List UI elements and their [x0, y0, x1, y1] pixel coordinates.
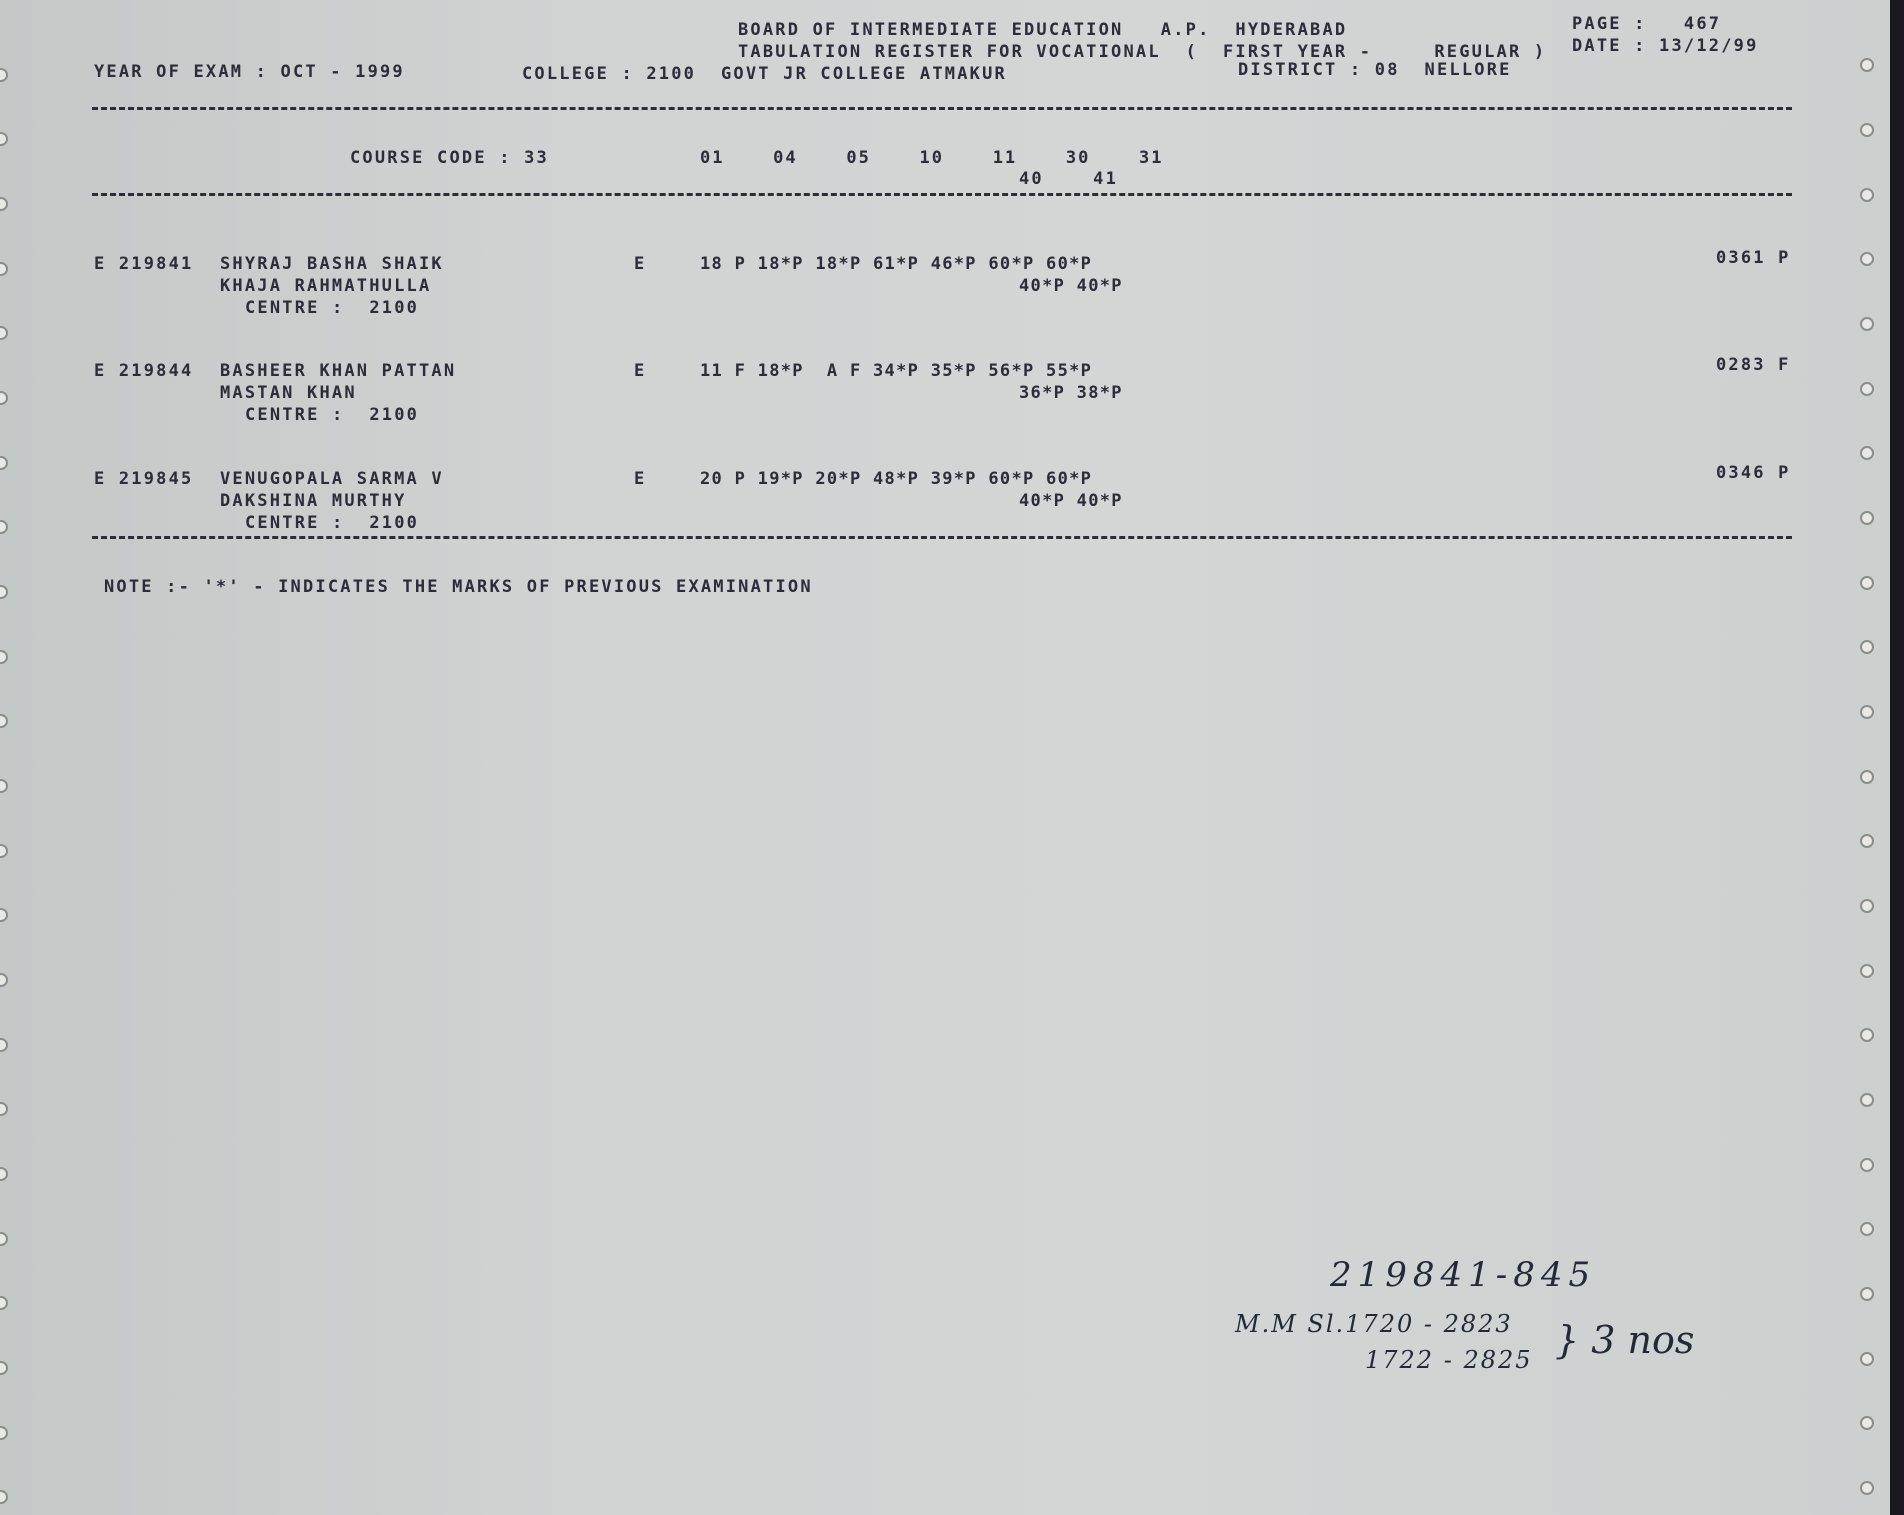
- page-number: PAGE : 467: [1572, 14, 1721, 34]
- year-of-exam: YEAR OF EXAM : OCT - 1999: [94, 62, 405, 82]
- board-title: BOARD OF INTERMEDIATE EDUCATION A.P. HYD…: [738, 20, 1347, 40]
- total-result: 0346 P: [1716, 463, 1791, 483]
- handwritten-range: 219841-845: [1330, 1255, 1596, 1295]
- college-info: COLLEGE : 2100 GOVT JR COLLEGE ATMAKUR: [522, 64, 1007, 84]
- hall-ticket-number: E 219841: [94, 254, 193, 274]
- parent-name: MASTAN KHAN: [220, 383, 357, 403]
- subject-codes-row1: 01 04 05 10 11 30 31: [700, 148, 1164, 168]
- handwritten-note-1: M.M Sl.1720 - 2823: [1235, 1310, 1513, 1338]
- marks-row2: 40*P 40*P: [1019, 491, 1123, 511]
- total-result: 0361 P: [1716, 248, 1791, 268]
- handwritten-note-2: 1722 - 2825: [1365, 1346, 1533, 1374]
- footnote: NOTE :- '*' - INDICATES THE MARKS OF PRE…: [104, 577, 813, 597]
- parent-name: KHAJA RAHMATHULLA: [220, 276, 431, 296]
- marks-row2: 40*P 40*P: [1019, 276, 1123, 296]
- handwritten-brace-note: } 3 nos: [1555, 1318, 1694, 1362]
- course-code: COURSE CODE : 33: [350, 148, 549, 168]
- parent-name: DAKSHINA MURTHY: [220, 491, 407, 511]
- marks-row2: 36*P 38*P: [1019, 383, 1123, 403]
- centre: CENTRE : 2100: [245, 513, 419, 533]
- divider-bottom: [92, 536, 1792, 539]
- centre: CENTRE : 2100: [245, 405, 419, 425]
- medium: E: [634, 469, 646, 489]
- background-edge: [1890, 0, 1904, 1515]
- marks-row1: 20 P 19*P 20*P 48*P 39*P 60*P 60*P: [700, 469, 1092, 489]
- divider-header: [92, 193, 1792, 196]
- total-result: 0283 F: [1716, 355, 1791, 375]
- hall-ticket-number: E 219844: [94, 361, 193, 381]
- student-name: BASHEER KHAN PATTAN: [220, 361, 456, 381]
- divider-top: [92, 107, 1792, 110]
- medium: E: [634, 254, 646, 274]
- medium: E: [634, 361, 646, 381]
- centre: CENTRE : 2100: [245, 298, 419, 318]
- student-name: VENUGOPALA SARMA V: [220, 469, 444, 489]
- marks-row1: 18 P 18*P 18*P 61*P 46*P 60*P 60*P: [700, 254, 1092, 274]
- hall-ticket-number: E 219845: [94, 469, 193, 489]
- subject-codes-row2: 40 41: [1019, 169, 1118, 189]
- district-info: DISTRICT : 08 NELLORE: [1238, 60, 1512, 80]
- print-date: DATE : 13/12/99: [1572, 36, 1759, 56]
- student-name: SHYRAJ BASHA SHAIK: [220, 254, 444, 274]
- register-title: TABULATION REGISTER FOR VOCATIONAL ( FIR…: [738, 42, 1546, 62]
- tabulation-register-page: BOARD OF INTERMEDIATE EDUCATION A.P. HYD…: [0, 0, 1890, 1515]
- marks-row1: 11 F 18*P A F 34*P 35*P 56*P 55*P: [700, 361, 1092, 381]
